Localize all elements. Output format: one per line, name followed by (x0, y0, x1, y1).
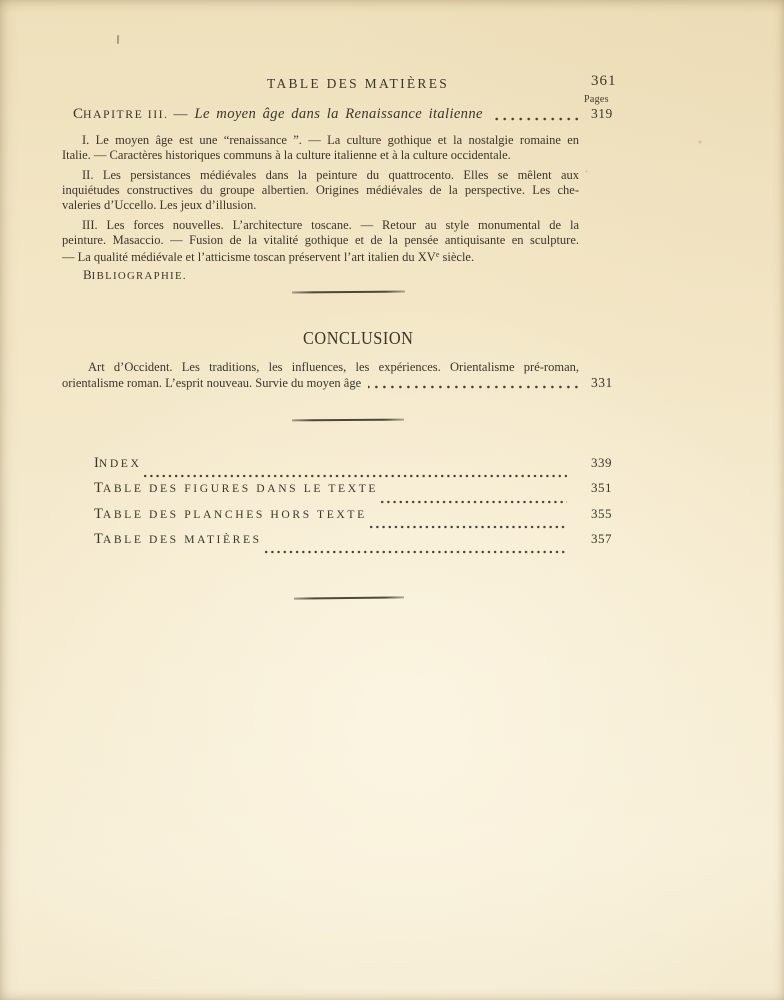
entry-label: NDEX (99, 457, 142, 470)
back-matter-index-list: INDEX 339 TABLE DES FIGURES DANS LE TEXT… (94, 455, 618, 556)
dot-leader (370, 525, 567, 529)
paper-blemish (698, 140, 702, 144)
folio-page-number: 361 (591, 73, 617, 90)
entry-page-number: 339 (591, 455, 618, 471)
paragraph-line: peinture. Masaccio. — Fusion de la vital… (62, 233, 579, 248)
bibliography-text: IBLIOGRAPHIE. (92, 270, 187, 282)
pages-column-label: Pages (584, 94, 609, 105)
paper-tick-mark (117, 35, 119, 44)
conclusion-paragraph: Art d’Occident. Les traditions, les infl… (62, 360, 618, 391)
entry-page-number: 357 (591, 531, 618, 547)
conclusion-heading: CONCLUSION (303, 328, 413, 349)
paragraph-line: orientalisme roman. L’esprit nouveau. Su… (62, 375, 618, 391)
chapter-label: HAPITRE III. (83, 107, 169, 122)
paragraph-text: — La qualité médiévale et l’atticisme to… (62, 250, 436, 264)
entry-label-initial: T (94, 480, 103, 497)
section-rule (292, 291, 405, 294)
index-entry: TABLE DES FIGURES DANS LE TEXTE 351 (94, 480, 618, 505)
running-head: TABLE DES MATIÈRES (267, 76, 449, 92)
paragraph-line: valeries d’Uccello. Les jeux d’illusion. (62, 198, 579, 213)
section-rule (292, 419, 404, 422)
paragraph-text: siècle. (439, 250, 474, 264)
chapter-label-initial: C (73, 106, 83, 123)
section-rule (294, 596, 404, 599)
paragraph-text: orientalisme roman. L’esprit nouveau. Su… (62, 376, 361, 391)
summary-paragraph-3: III. Les forces nouvelles. L’architectur… (62, 218, 579, 264)
paragraph-line: inquiétudes constructives du groupe albe… (62, 183, 579, 198)
entry-label: ABLE DES FIGURES DANS LE TEXTE (103, 482, 378, 495)
entry-label-initial: T (94, 531, 103, 548)
dot-leader (368, 385, 583, 389)
paragraph-line: III. Les forces nouvelles. L’architectur… (62, 218, 579, 233)
paragraph-line: Italie. — Caractères historiques communs… (62, 148, 579, 163)
entry-label-initial: T (94, 506, 103, 523)
index-entry: TABLE DES PLANCHES HORS TEXTE 355 (94, 506, 618, 531)
paragraph-line: — La qualité médiévale et l’atticisme to… (62, 248, 579, 265)
entry-label: ABLE DES MATIÈRES (103, 533, 262, 546)
index-entry: TABLE DES MATIÈRES 357 (94, 531, 618, 556)
paragraph-line: I. Le moyen âge est une “renaissance ”. … (62, 133, 579, 148)
chapter-title: Le moyen âge dans la Renaissance italien… (195, 106, 483, 123)
dot-leader (490, 117, 583, 121)
dot-leader (381, 500, 567, 504)
scanned-book-page: TABLE DES MATIÈRES 361 Pages CHAPITRE II… (0, 0, 784, 1000)
conclusion-page-number: 331 (591, 375, 618, 390)
index-entry: INDEX 339 (94, 455, 618, 480)
em-dash: — (169, 107, 195, 123)
dot-leader (265, 550, 567, 554)
paper-blemish (585, 170, 588, 173)
summary-paragraph-1: I. Le moyen âge est une “renaissance ”. … (62, 133, 579, 163)
chapter-entry: CHAPITRE III.—Le moyen âge dans la Renai… (73, 106, 618, 123)
entry-page-number: 355 (591, 506, 618, 522)
entry-page-number: 351 (591, 480, 618, 496)
bibliography-label: BIBLIOGRAPHIE. (83, 266, 187, 284)
summary-paragraph-2: II. Les persistances médiévales dans la … (62, 168, 579, 212)
bibliography-initial: B (83, 267, 92, 282)
dot-leader (144, 474, 567, 478)
chapter-page-number: 319 (591, 106, 618, 122)
entry-label: ABLE DES PLANCHES HORS TEXTE (103, 508, 367, 521)
paragraph-line: II. Les persistances médiévales dans la … (62, 168, 579, 183)
paragraph-line: Art d’Occident. Les traditions, les infl… (62, 360, 579, 375)
